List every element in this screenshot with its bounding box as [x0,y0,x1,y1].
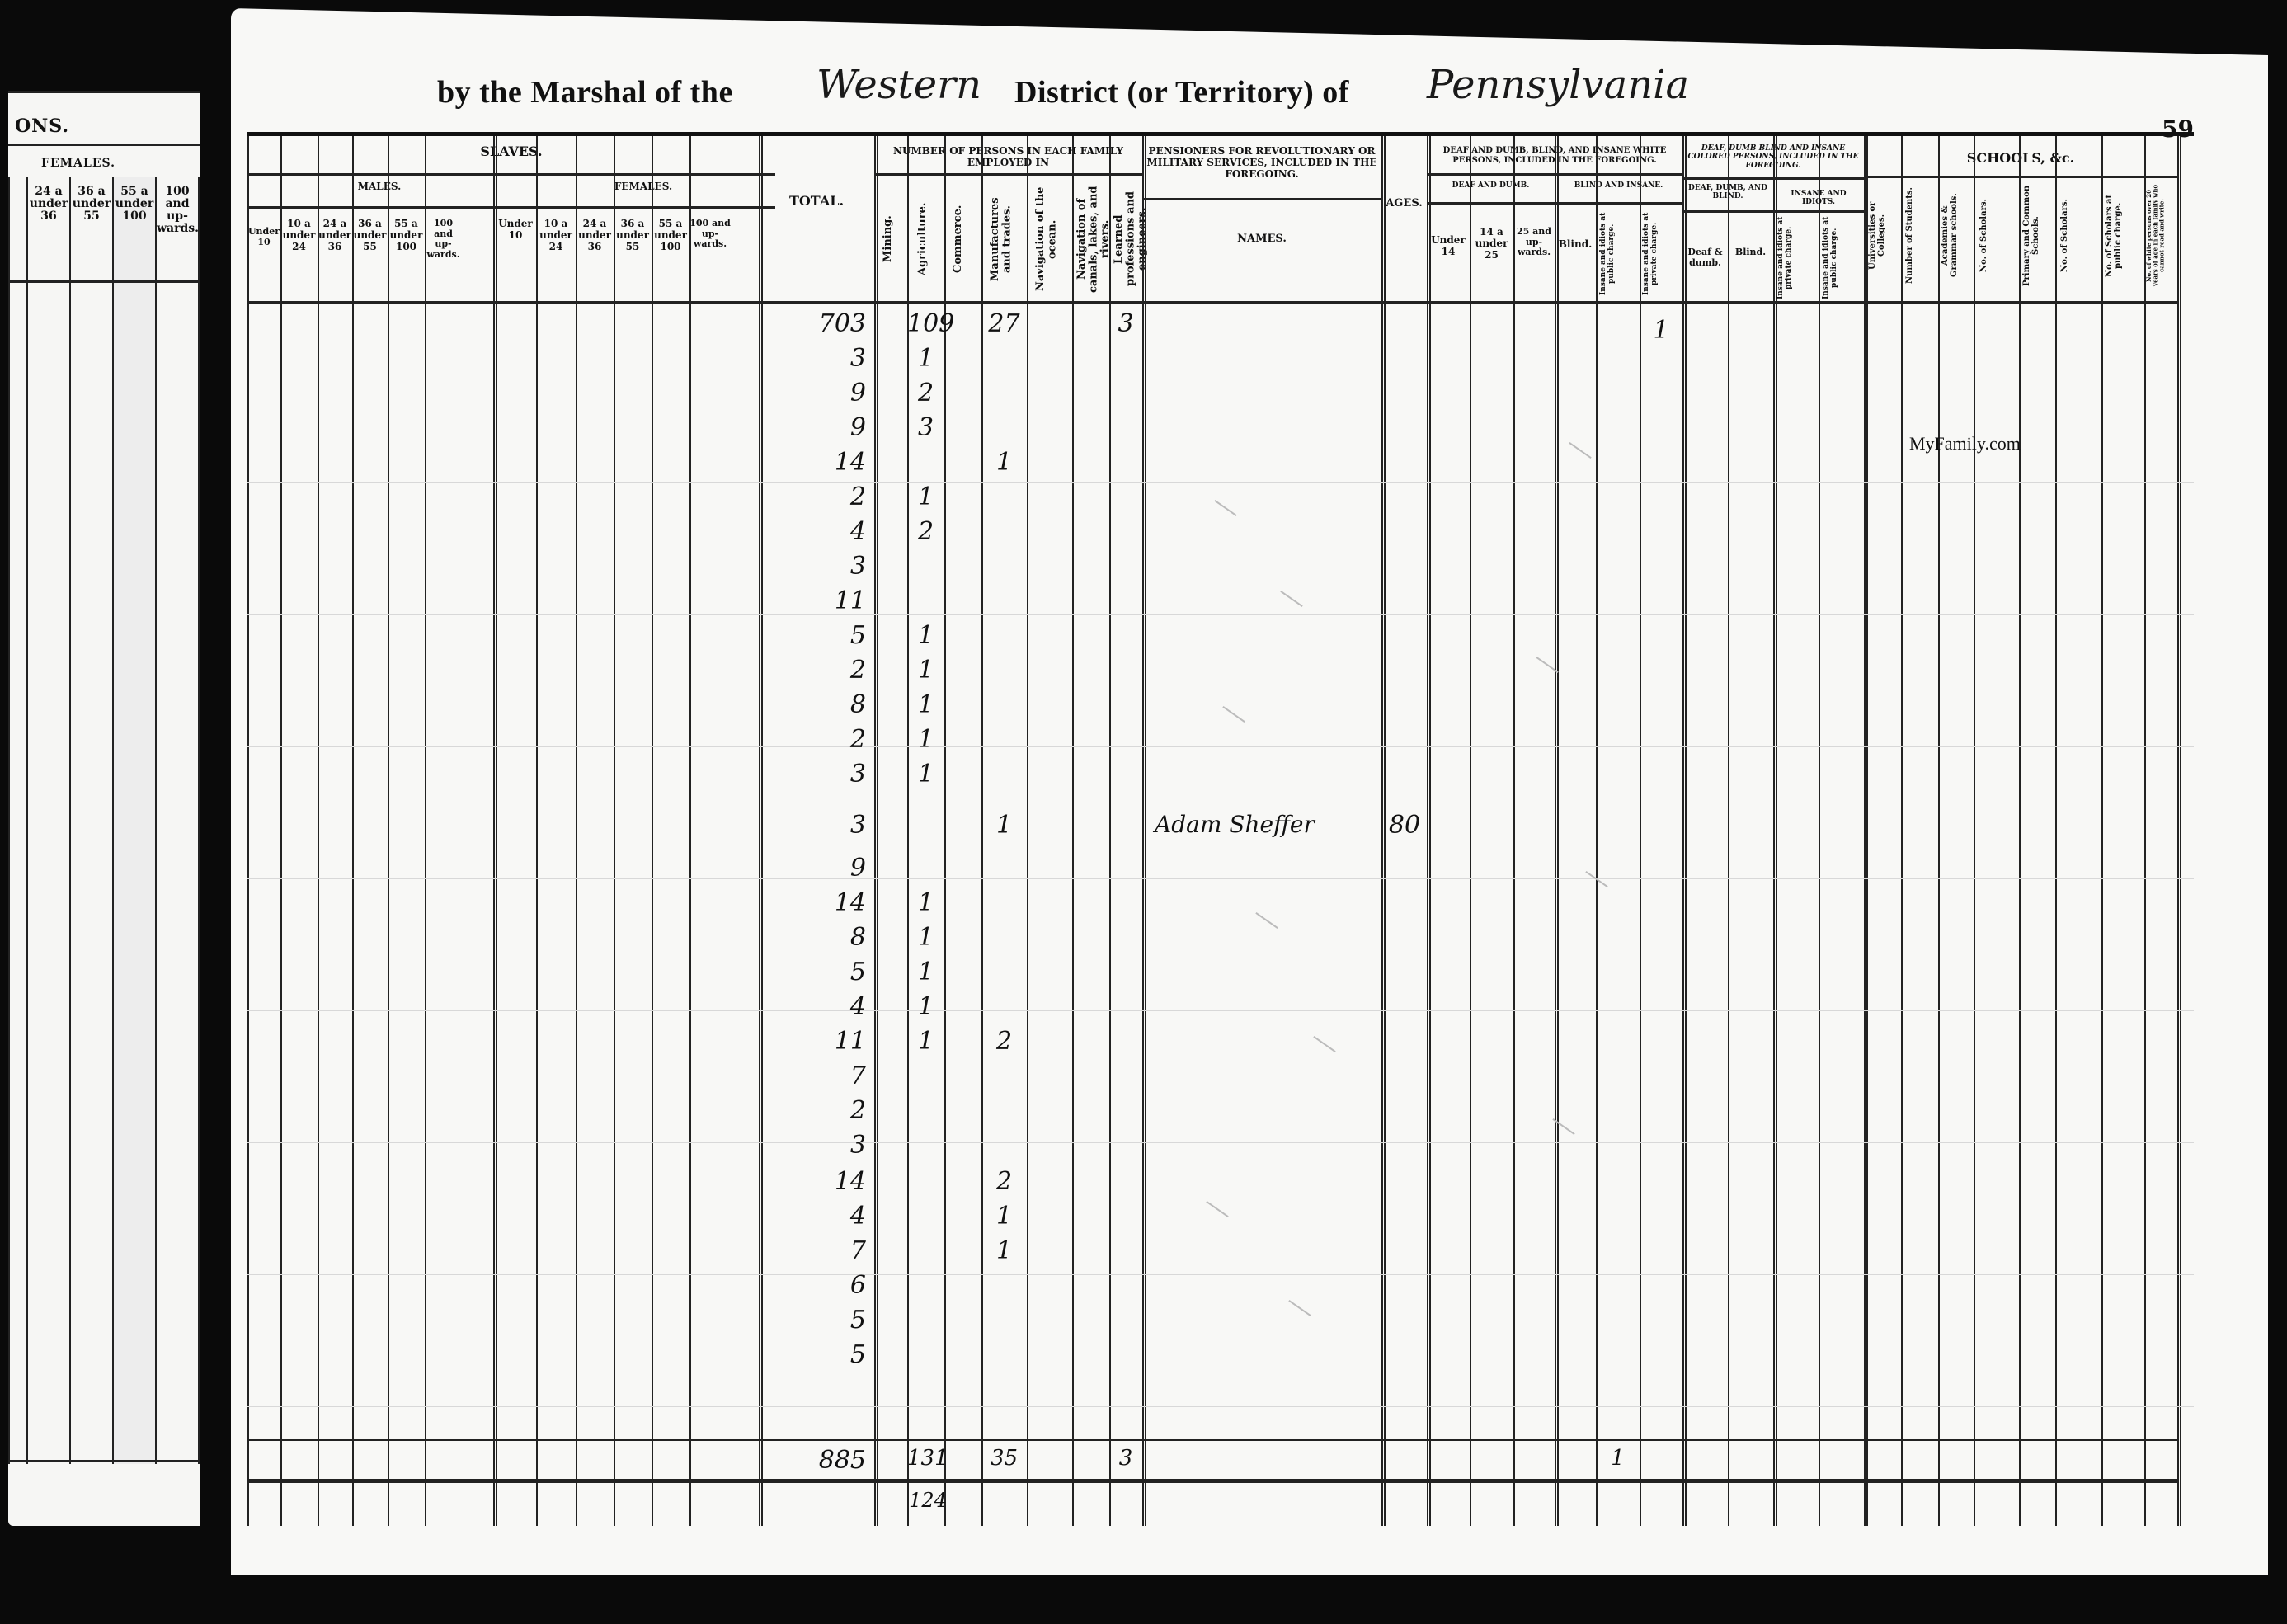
col-header: 10 a under 24 [280,219,318,252]
col-header: 55 a under 100 [652,219,689,252]
left-page-fragment: ONS. FEMALES. 24 a under 36 36 a under 5… [8,91,200,1526]
agriculture-cell: 1 [907,958,944,986]
total-cell: 9 [775,379,866,407]
divider [8,280,200,283]
total-cell: 3 [775,760,866,788]
col-header: Insane and idiots at public charge. [1823,214,1860,301]
total-cell: 9 [775,413,866,442]
total-cell: 2 [775,1096,866,1125]
col-header: Insane and idiots at public charge. [1600,209,1636,299]
totals-bottom-rule [247,1479,2177,1483]
col-header: Number of Students. [1905,184,1935,287]
pensioner-name: Adam Sheffer [1155,811,1369,838]
total-cell: 2 [775,725,866,754]
left-col-header: 24 a under 36 [26,177,69,1464]
header-prefix: by the Marshal of the [437,74,733,111]
book-gutter [200,0,233,1624]
total-cell: 703 [775,309,866,338]
total-cell: 14 [775,888,866,917]
census-table: SLAVES. MALES. FEMALES. Under 10 10 a un… [247,132,2194,1526]
deaf-dumb-header: DEAF AND DUMB. [1427,181,1555,190]
left-col-header: 100 and up-wards. [155,177,200,1464]
total-cell: 11 [775,1027,866,1056]
col-header-manufactures: Manufactures and trades. [990,186,1023,293]
total-cell: 5 [775,1340,866,1369]
agriculture-cell: 2 [907,517,944,546]
slaves-males-header: MALES. [247,181,511,193]
total-cell: 4 [775,1202,866,1231]
header-middle: District (or Territory) of [1014,74,1349,111]
col-header: 10 a under 24 [536,219,576,252]
col-header: 25 and up-wards. [1513,227,1555,258]
pensioners-header: PENSIONERS FOR REVOLUTIONARY OR MILITARY… [1142,146,1381,180]
manufactures-total: 35 [981,1446,1027,1471]
total-cell: 6 [775,1271,866,1300]
agriculture-cell: 1 [907,344,944,373]
totals-top-rule [247,1439,2177,1441]
total-cell: 4 [775,517,866,546]
slaves-females-header: FEMALES. [511,181,775,193]
agriculture-cell: 1 [907,621,944,650]
total-cell: 3 [775,1131,866,1160]
slaves-header: SLAVES. [247,144,775,159]
agriculture-total: 131 [907,1446,944,1471]
names-header: NAMES. [1142,233,1381,246]
left-col-header: 36 a under 55 [69,177,112,1464]
census-page: by the Marshal of the Western District (… [231,8,2268,1575]
employment-header: NUMBER OF PERSONS IN EACH FAMILY EMPLOYE… [874,146,1142,169]
col-header: No. of Scholars. [2060,184,2096,287]
ages-header: AGES. [1381,198,1427,210]
district-name: Western [816,62,981,108]
header-divider [247,301,2177,304]
col-header: Insane and idiots at private charge. [1777,214,1814,301]
total-cell: 2 [775,482,866,511]
total-cell: 7 [775,1236,866,1265]
agriculture-cell: 109 [907,309,944,338]
col-header: Insane and idiots at private charge. [1643,209,1679,299]
divider [8,91,200,93]
manufactures-cell: 1 [981,1236,1027,1265]
col-header-learned: Learned professions and engineers. [1113,186,1142,293]
col-header-agriculture: Agriculture. [917,186,938,293]
col-header: No. of white persons over 20 years of ag… [2146,184,2176,287]
agriculture-cell: 1 [907,888,944,917]
col-header: 55 a under 100 [388,219,425,252]
col-header: Primary and Common Schools. [2022,184,2054,287]
total-cell: 4 [775,992,866,1021]
agriculture-cell: 1 [907,992,944,1021]
divider [8,1460,200,1462]
territory-name: Pennsylvania [1427,62,1689,108]
manufactures-cell: 27 [981,309,1027,338]
manufactures-cell: 1 [981,811,1027,840]
col-header: Under 10 [247,227,280,247]
agriculture-cell: 2 [907,379,944,407]
pensioner-age: 80 [1384,811,1425,840]
learned-cell: 3 [1109,309,1142,338]
agriculture-cell: 1 [907,656,944,685]
manufactures-cell: 2 [981,1027,1027,1056]
manufactures-cell: 1 [981,1202,1027,1231]
col-header: Under 14 [1427,235,1470,258]
insane-private-cell: 1 [1640,316,1682,345]
agriculture-cell: 1 [907,690,944,719]
col-header-navigation-ocean: Navigation of the ocean. [1035,186,1068,293]
learned-total: 3 [1109,1446,1142,1471]
total-cell: 5 [775,958,866,986]
agriculture-cell: 1 [907,760,944,788]
col-header: Universities or Colleges. [1868,184,1899,287]
left-col-header: 55 a under 100 [112,177,155,1464]
col-header: No. of Scholars. [1979,184,2016,287]
blind-insane-header: BLIND AND INSANE. [1555,181,1682,190]
col-header-navigation-canals: Navigation of canals, lakes, and rivers. [1076,186,1109,293]
page-header: by the Marshal of the Western District (… [437,66,2219,124]
agriculture-cell: 1 [907,482,944,511]
col-header: Blind. [1555,239,1596,251]
col-header: 100 and up-wards. [425,219,462,261]
col-header: 24 a under 36 [318,219,352,252]
total-cell: 8 [775,690,866,719]
insane-total: 1 [1596,1446,1640,1471]
total-cell: 8 [775,923,866,952]
total-cell: 5 [775,1306,866,1335]
agriculture-cell: 1 [907,725,944,754]
total-cell: 5 [775,621,866,650]
agriculture-cell: 3 [907,413,944,442]
agriculture-cell: 1 [907,1027,944,1056]
total-cell: 14 [775,448,866,477]
col-header: Deaf & dumb. [1682,247,1728,268]
total-cell: 3 [775,552,866,581]
col-header: 14 a under 25 [1470,227,1513,261]
manufactures-cell: 1 [981,448,1027,477]
col-header-commerce: Commerce. [953,186,973,293]
col-header: 100 and up-wards. [689,219,731,250]
col-header: Academies & Grammar schools. [1941,184,1972,287]
col-header: Under 10 [495,219,536,242]
col-header: 24 a under 36 [576,219,614,252]
total-cell: 3 [775,811,866,840]
agriculture-cell: 1 [907,923,944,952]
left-columns: 24 a under 36 36 a under 55 55 a under 1… [8,177,200,1464]
total-cell: 9 [775,854,866,883]
divider [8,144,200,146]
col-header: No. of Scholars at public charge. [2105,184,2141,287]
watermark: MyFamily.com [1909,433,2021,454]
col-header: 36 a under 55 [614,219,652,252]
left-section-title: ONS. [15,115,69,137]
total-cell: 2 [775,656,866,685]
col-header: 36 a under 55 [352,219,388,252]
col-header-mining: Mining. [882,186,903,293]
total-cell: 11 [775,586,866,615]
schools-header: SCHOOLS, &c. [1864,151,2177,166]
total-cell: 7 [775,1061,866,1090]
below-total-note: 124 [899,1489,957,1512]
manufactures-cell: 2 [981,1167,1027,1196]
col-header: Blind. [1728,247,1773,258]
total-header: TOTAL. [759,194,874,209]
total-cell: 3 [775,344,866,373]
total-cell: 14 [775,1167,866,1196]
total-sum: 885 [775,1446,866,1475]
left-subsection-title: FEMALES. [41,157,115,170]
